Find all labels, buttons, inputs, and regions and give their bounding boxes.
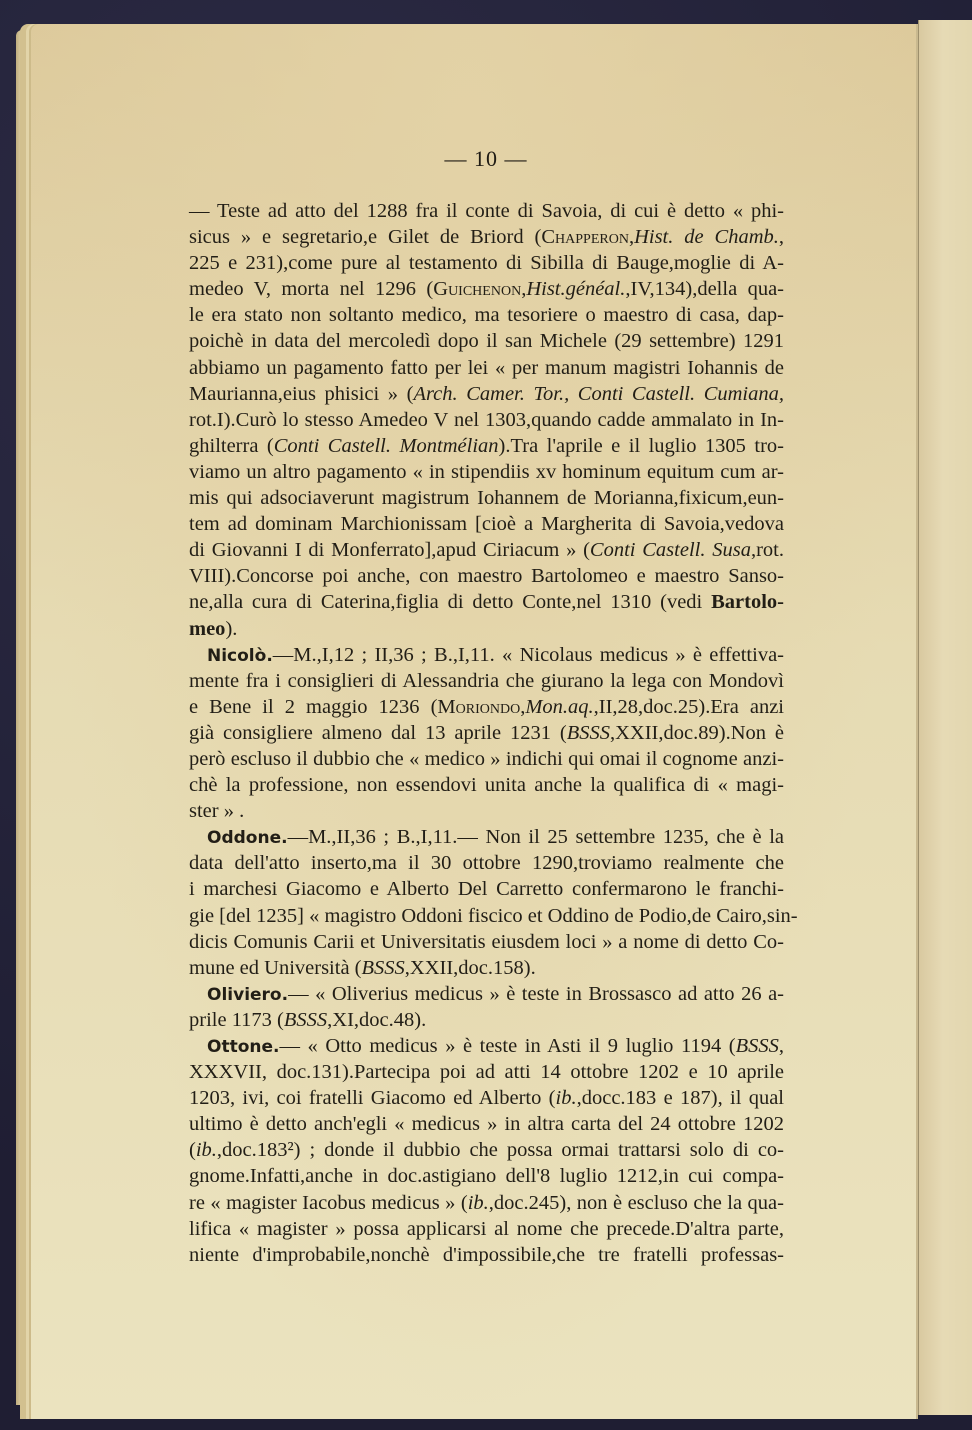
text-line: re « magister Iacobus medicus » (ib.,doc… xyxy=(189,1190,784,1216)
text-line: (ib.,doc.183²) ; donde il dubbio che pos… xyxy=(189,1137,784,1163)
entry-heading-line: Nicolò.—M.,I,12 ; II,36 ; B.,I,11. « Nic… xyxy=(189,642,784,668)
text-line: gie [del 1235] « magistro Oddoni fiscico… xyxy=(189,903,784,929)
text-line: dicis Comunis Carii et Universitatis eiu… xyxy=(189,929,784,955)
text-line: ghilterra (Conti Castell. Montmélian).Tr… xyxy=(189,433,784,459)
text-line: ne,alla cura di Caterina,figlia di detto… xyxy=(189,589,784,615)
text-line: tem ad dominam Marchionissam [cioè a Mar… xyxy=(189,511,784,537)
text-line: però escluso il dubbio che « medico » in… xyxy=(189,746,784,772)
text-line: meo). xyxy=(189,616,784,642)
entry-heading-line: Oliviero.— « Oliverius medicus » è teste… xyxy=(189,981,784,1007)
entry-heading-line: Oddone.—M.,II,36 ; B.,I,11.— Non il 25 s… xyxy=(189,824,784,850)
text-line: 225 e 231),come pure al testamento di Si… xyxy=(189,250,784,276)
text-line: già consigliere almeno dal 13 aprile 123… xyxy=(189,720,784,746)
text-line: XXXVII, doc.131).Partecipa poi ad atti 1… xyxy=(189,1059,784,1085)
body-text: — Teste ad atto del 1288 fra il conte di… xyxy=(189,198,784,1268)
page-number: — 10 — xyxy=(0,146,972,172)
text-line: gnome.Infatti,anche in doc.astigiano del… xyxy=(189,1163,784,1189)
text-line: e Bene il 2 maggio 1236 (Moriondo,Mon.aq… xyxy=(189,694,784,720)
text-line: — Teste ad atto del 1288 fra il conte di… xyxy=(189,198,784,224)
text-line: medeo V, morta nel 1296 (Guichenon,Hist.… xyxy=(189,276,784,302)
text-line: VIII).Concorse poi anche, con maestro Ba… xyxy=(189,563,784,589)
text-line: poichè in data del mercoledì dopo il san… xyxy=(189,328,784,354)
text-line: 1203, ivi, coi fratelli Giacomo ed Alber… xyxy=(189,1085,784,1111)
text-line: ultimo è detto anch'egli « medicus » in … xyxy=(189,1111,784,1137)
text-line: lifica « magister » possa applicarsi al … xyxy=(189,1216,784,1242)
text-line: niente d'improbabile,nonchè d'impossibil… xyxy=(189,1242,784,1268)
text-line: le era stato non soltanto medico, ma tes… xyxy=(189,302,784,328)
text-line: viamo un altro pagamento « in stipendiis… xyxy=(189,459,784,485)
text-line: i marchesi Giacomo e Alberto Del Carrett… xyxy=(189,876,784,902)
text-line: Maurianna,eius phisici » (Arch. Camer. T… xyxy=(189,381,784,407)
text-line: di Giovanni I di Monferrato],apud Ciriac… xyxy=(189,537,784,563)
text-line: mis qui adsociaverunt magistrum Iohannem… xyxy=(189,485,784,511)
text-line: chè la professione, non essendovi unita … xyxy=(189,772,784,798)
text-line: data dell'atto inserto,ma il 30 ottobre … xyxy=(189,850,784,876)
text-line: mune ed Università (BSSS,XXII,doc.158). xyxy=(189,955,784,981)
facing-page-edge xyxy=(918,20,972,1415)
entry-heading-line: Ottone.— « Otto medicus » è teste in Ast… xyxy=(189,1033,784,1059)
text-line: sicus » e segretario,e Gilet de Briord (… xyxy=(189,224,784,250)
text-line: prile 1173 (BSSS,XI,doc.48). xyxy=(189,1007,784,1033)
text-line: ster » . xyxy=(189,798,784,824)
text-line: abbiamo un pagamento fatto per lei « per… xyxy=(189,355,784,381)
text-line: mente fra i consiglieri di Alessandria c… xyxy=(189,668,784,694)
text-line: rot.I).Curò lo stesso Amedeo V nel 1303,… xyxy=(189,407,784,433)
